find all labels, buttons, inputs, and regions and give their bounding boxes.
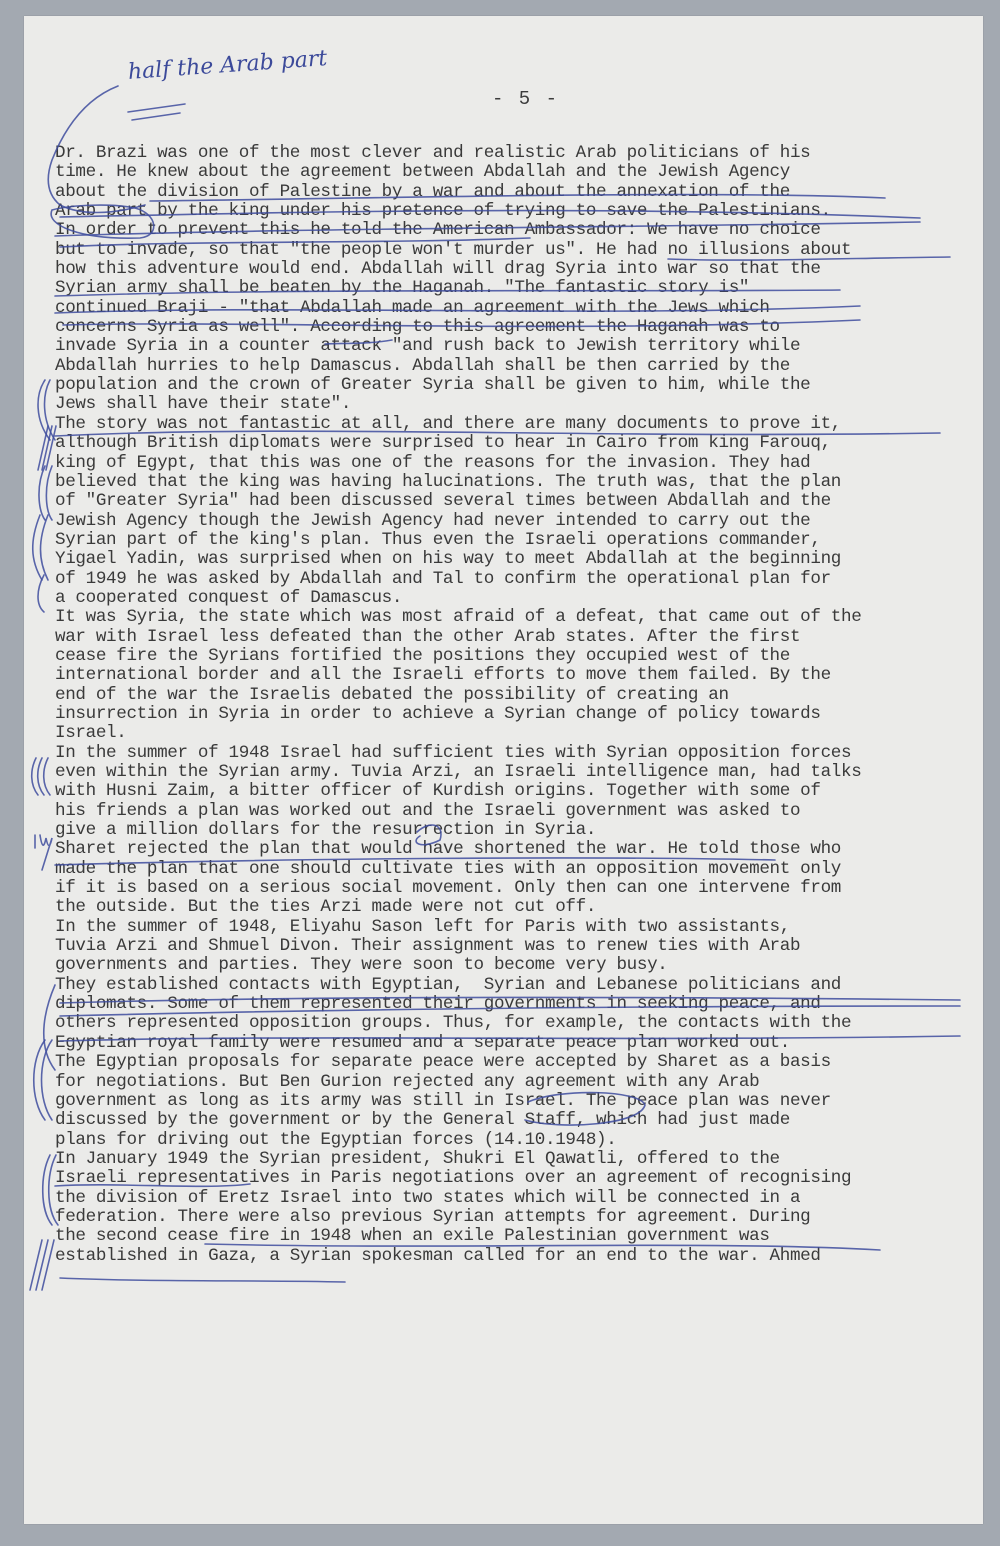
text-line: his friends a plan was worked out and th… (55, 802, 975, 821)
text-line: king of Egypt, that this was one of the … (55, 454, 975, 473)
text-line: time. He knew about the agreement betwee… (55, 163, 975, 182)
text-line: the outside. But the ties Arzi made were… (55, 898, 975, 917)
text-line: It was Syria, the state which was most a… (55, 608, 975, 627)
text-line: established in Gaza, a Syrian spokesman … (55, 1247, 975, 1266)
text-line: Dr. Brazi was one of the most clever and… (55, 144, 975, 163)
typed-body-text: Dr. Brazi was one of the most clever and… (55, 144, 975, 1266)
text-line: give a million dollars for the resurrect… (55, 821, 975, 840)
text-line: with Husni Zaim, a bitter officer of Kur… (55, 782, 975, 801)
text-line: made the plan that one should cultivate … (55, 860, 975, 879)
text-line: but to invade, so that "the people won't… (55, 241, 975, 260)
text-line: discussed by the government or by the Ge… (55, 1111, 975, 1130)
text-line: a cooperated conquest of Damascus. (55, 589, 975, 608)
text-line: Israeli representatives in Paris negotia… (55, 1169, 975, 1188)
text-line: for negotiations. But Ben Gurion rejecte… (55, 1073, 975, 1092)
text-line: diplomats. Some of them represented thei… (55, 995, 975, 1014)
text-line: The story was not fantastic at all, and … (55, 415, 975, 434)
text-line: the second cease fire in 1948 when an ex… (55, 1227, 975, 1246)
text-line: In order to prevent this he told the Ame… (55, 221, 975, 240)
text-line: Yigael Yadin, was surprised when on his … (55, 550, 975, 569)
text-line: if it is based on a serious social movem… (55, 879, 975, 898)
text-line: government as long as its army was still… (55, 1092, 975, 1111)
text-line: Egyptian royal family were resumed and a… (55, 1034, 975, 1053)
text-line: international border and all the Israeli… (55, 666, 975, 685)
text-line: about the division of Palestine by a war… (55, 183, 975, 202)
text-line: In January 1949 the Syrian president, Sh… (55, 1150, 975, 1169)
text-line: insurrection in Syria in order to achiev… (55, 705, 975, 724)
text-line: invade Syria in a counter attack "and ru… (55, 337, 975, 356)
text-line: They established contacts with Egyptian,… (55, 976, 975, 995)
text-line: federation. There were also previous Syr… (55, 1208, 975, 1227)
text-line: Syrian army shall be beaten by the Hagan… (55, 279, 975, 298)
text-line: even within the Syrian army. Tuvia Arzi,… (55, 763, 975, 782)
text-line: how this adventure would end. Abdallah w… (55, 260, 975, 279)
text-line: Abdallah hurries to help Damascus. Abdal… (55, 357, 975, 376)
text-line: Jewish Agency though the Jewish Agency h… (55, 512, 975, 531)
text-line: the division of Eretz Israel into two st… (55, 1189, 975, 1208)
text-line: end of the war the Israelis debated the … (55, 686, 975, 705)
text-line: believed that the king was having haluci… (55, 473, 975, 492)
text-line: plans for driving out the Egyptian force… (55, 1131, 975, 1150)
text-line: Tuvia Arzi and Shmuel Divon. Their assig… (55, 937, 975, 956)
text-line: cease fire the Syrians fortified the pos… (55, 647, 975, 666)
text-line: In the summer of 1948 Israel had suffici… (55, 744, 975, 763)
page-number: - 5 - (492, 88, 559, 110)
text-line: although British diplomats were surprise… (55, 434, 975, 453)
text-line: Jews shall have their state". (55, 395, 975, 414)
text-line: Arab part by the king under his pretence… (55, 202, 975, 221)
text-line: population and the crown of Greater Syri… (55, 376, 975, 395)
text-line: Israel. (55, 724, 975, 743)
text-line: war with Israel less defeated than the o… (55, 628, 975, 647)
text-line: of 1949 he was asked by Abdallah and Tal… (55, 570, 975, 589)
text-line: In the summer of 1948, Eliyahu Sason lef… (55, 918, 975, 937)
text-line: concerns Syria as well". According to th… (55, 318, 975, 337)
text-line: of "Greater Syria" had been discussed se… (55, 492, 975, 511)
text-line: governments and parties. They were soon … (55, 956, 975, 975)
text-line: others represented opposition groups. Th… (55, 1014, 975, 1033)
text-line: continued Braji - "that Abdallah made an… (55, 299, 975, 318)
text-line: Syrian part of the king's plan. Thus eve… (55, 531, 975, 550)
text-line: Sharet rejected the plan that would have… (55, 840, 975, 859)
text-line: The Egyptian proposals for separate peac… (55, 1053, 975, 1072)
